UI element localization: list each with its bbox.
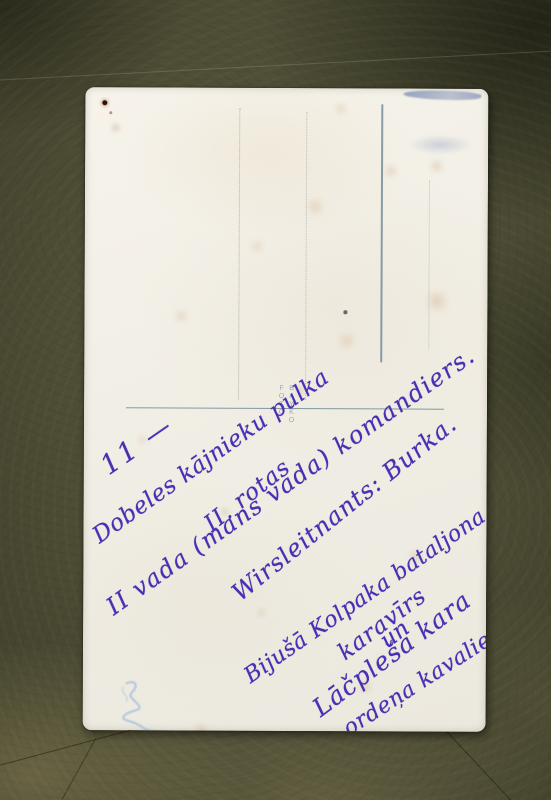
printed-address-line (428, 181, 430, 349)
ink-dot-stain (102, 100, 107, 105)
printed-divider-line (380, 104, 383, 362)
printed-address-line (305, 112, 307, 400)
photo-of-postcard-back: FOTO BAYKO 11 — Dobeles kājnieku pulka I… (0, 0, 551, 800)
blue-pencil-smudge (407, 135, 473, 155)
postcard: FOTO BAYKO 11 — Dobeles kājnieku pulka I… (83, 87, 489, 732)
blue-ink-smudge (109, 677, 173, 732)
blue-pencil-smudge (403, 89, 481, 101)
foxing-stains (85, 87, 86, 88)
speck-stain (343, 310, 347, 314)
printed-address-line (238, 108, 240, 400)
